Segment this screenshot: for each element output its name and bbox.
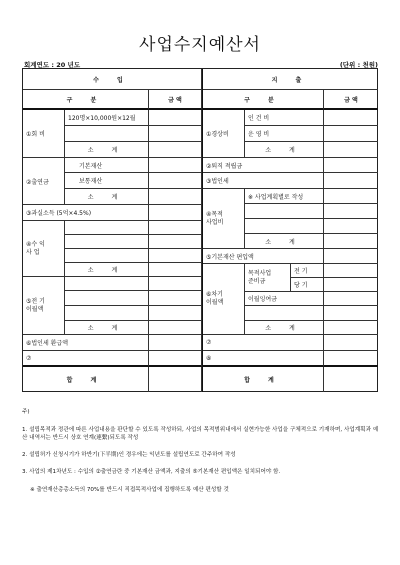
note-1: 1. 설립목적과 정관에 따른 사업내용을 판단할 수 있도록 작성하되, 사업… <box>22 426 382 442</box>
expense-category-header: 구 분 <box>202 90 324 110</box>
amount-input[interactable] <box>149 263 202 277</box>
expense-purpose-row[interactable] <box>245 204 324 219</box>
amount-input[interactable] <box>324 110 378 126</box>
amount-input[interactable] <box>149 235 202 249</box>
subtotal-label: 소 계 <box>65 189 149 205</box>
subtotal-label: 소 계 <box>65 142 149 158</box>
income-amount-header: 금 액 <box>149 90 202 110</box>
expense-base-asset-label: ⑤기본재산 편입액 <box>203 249 324 264</box>
income-carryover-label: ⑤전 기 이월액 <box>23 277 65 335</box>
amount-input[interactable] <box>324 219 378 234</box>
subtotal-label: 소 계 <box>65 263 149 277</box>
expense-corp-tax-label: ③법인세 <box>203 173 324 189</box>
expense-purpose-note: ※ 사업계획별로 작성 <box>245 189 324 204</box>
amount-input[interactable] <box>324 173 378 189</box>
expense-reserve-current: 당 기 <box>291 278 324 292</box>
expense-item-7-label: ⑦ <box>203 335 324 351</box>
income-contribution-row: 기본재산 <box>65 158 149 173</box>
income-category-header: 구 분 <box>23 90 149 110</box>
amount-input[interactable] <box>149 306 202 321</box>
expense-surplus-row: 이월잉여금 <box>245 292 324 306</box>
expense-ordinary-label: ①경상비 <box>203 110 245 158</box>
amount-input[interactable] <box>149 142 202 158</box>
income-profit-row[interactable] <box>65 221 149 235</box>
income-contribution-label: ②출연금 <box>23 158 65 205</box>
amount-input[interactable] <box>324 126 378 142</box>
amount-input[interactable] <box>324 204 378 219</box>
income-total-amount[interactable] <box>149 367 202 392</box>
note-remark: ※ 출연재산총총소득의 70%를 반드시 직접목적사업에 집행하도록 예산 편성… <box>22 486 382 494</box>
income-contribution-row: 보통재산 <box>65 173 149 189</box>
amount-input[interactable] <box>149 189 202 205</box>
income-profit-row[interactable] <box>65 235 149 249</box>
income-dues-label: ①회 비 <box>23 110 65 158</box>
notes-heading: 주) <box>22 408 382 416</box>
subtotal-label: 소 계 <box>245 142 324 158</box>
expense-total-label: 합 계 <box>203 367 324 392</box>
amount-input[interactable] <box>149 291 202 306</box>
amount-input[interactable] <box>324 278 378 292</box>
expense-reserve-prev: 전 기 <box>291 264 324 278</box>
amount-input[interactable] <box>149 249 202 263</box>
amount-input[interactable] <box>324 249 378 264</box>
amount-input[interactable] <box>149 205 202 221</box>
expense-next-carryover-label: ⑥차기 이월액 <box>203 264 245 335</box>
amount-input[interactable] <box>324 306 378 321</box>
expense-header: 지 출 <box>202 69 378 90</box>
income-dues-row: 120명×10,000원×12월 <box>65 110 149 126</box>
amount-input[interactable] <box>149 335 202 351</box>
document-title: 사업수지예산서 <box>0 30 400 55</box>
expense-ordinary-row: 운 영 비 <box>245 126 324 142</box>
income-fruit-label: ③과실소득 (5억×4.5%) <box>23 205 149 221</box>
amount-input[interactable] <box>149 126 202 142</box>
amount-input[interactable] <box>324 264 378 278</box>
amount-input[interactable] <box>324 142 378 158</box>
amount-input[interactable] <box>324 158 378 173</box>
amount-input[interactable] <box>324 335 378 351</box>
income-header: 수 입 <box>23 69 202 90</box>
subtotal-label: 소 계 <box>245 321 324 335</box>
note-2: 2. 설립허가 신청시기가 하반기(下半期)인 경우에는 익년도를 설립연도로 … <box>22 451 382 459</box>
amount-input[interactable] <box>149 173 202 189</box>
amount-input[interactable] <box>324 321 378 335</box>
amount-input[interactable] <box>149 321 202 335</box>
income-profit-label: ④수 익 사 업 <box>23 221 65 277</box>
expense-reserve-label: 목적사업 준비금 <box>245 264 291 292</box>
amount-input[interactable] <box>149 110 202 126</box>
amount-input[interactable] <box>149 158 202 173</box>
income-dues-row[interactable] <box>65 126 149 142</box>
income-carryover-row[interactable] <box>65 306 149 321</box>
amount-input[interactable] <box>324 292 378 306</box>
amount-input[interactable] <box>149 277 202 291</box>
amount-input[interactable] <box>324 189 378 204</box>
income-total-label: 합 계 <box>23 367 149 392</box>
expense-ordinary-row: 인 건 비 <box>245 110 324 126</box>
amount-input[interactable] <box>324 234 378 249</box>
budget-table: 수 입 지 출 구 분 금 액 구 분 금 액 ①회 비 120명×10,000… <box>22 68 378 392</box>
amount-input[interactable] <box>149 351 202 367</box>
amount-input[interactable] <box>324 351 378 367</box>
expense-amount-header: 금 액 <box>324 90 378 110</box>
expense-item-8-label: ⑧ <box>203 351 324 367</box>
expense-purpose-label: ④목적 사업비 <box>203 189 245 249</box>
expense-purpose-row[interactable] <box>245 219 324 234</box>
note-3: 3. 사업의 제1차년도 : 수입의 ②출연금란 중 기본재산 금액과, 지출의… <box>22 468 382 476</box>
income-carryover-row[interactable] <box>65 277 149 291</box>
income-tax-refund-label: ⑥법인세 환급액 <box>23 335 149 351</box>
subtotal-label: 소 계 <box>245 234 324 249</box>
amount-input[interactable] <box>149 221 202 235</box>
income-profit-row[interactable] <box>65 249 149 263</box>
notes-section: 주) 1. 설립목적과 정관에 따른 사업내용을 판단할 수 있도록 작성하되,… <box>22 408 382 494</box>
expense-retirement-label: ②퇴직 적립금 <box>203 158 324 173</box>
expense-next-row[interactable] <box>245 306 324 321</box>
income-item-7-label: ⑦ <box>23 351 149 367</box>
subtotal-label: 소 계 <box>65 321 149 335</box>
income-carryover-row[interactable] <box>65 291 149 306</box>
expense-total-amount[interactable] <box>324 367 378 392</box>
